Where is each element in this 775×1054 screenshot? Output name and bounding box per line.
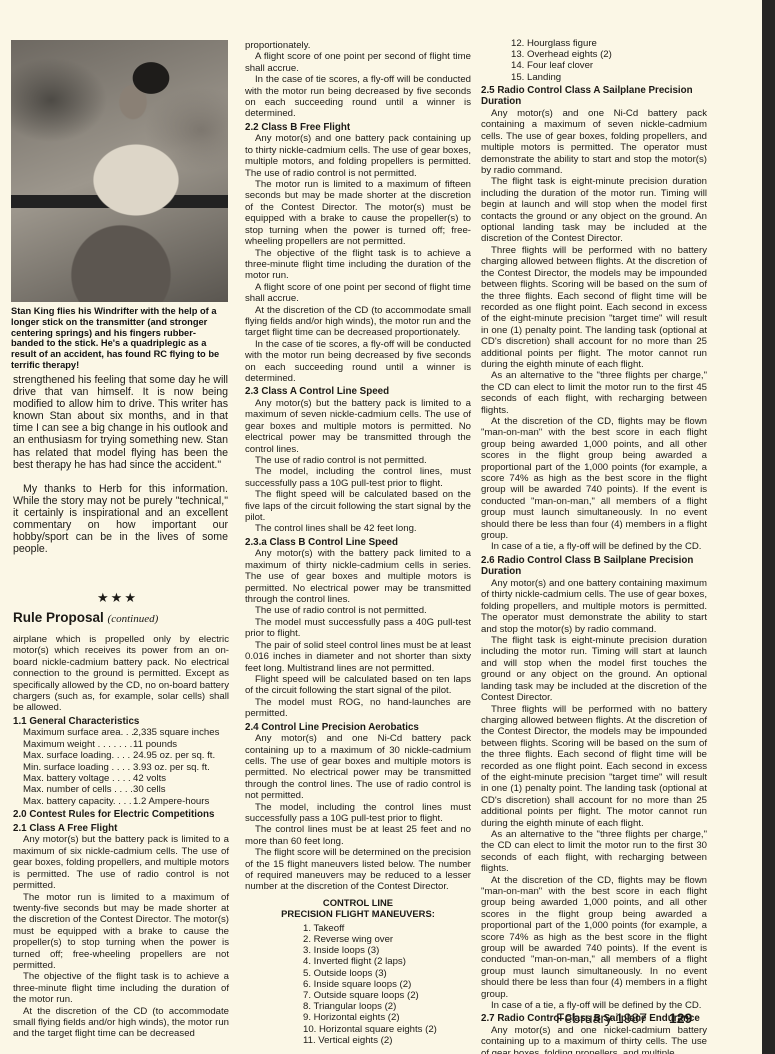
spec-row: Min. surface loading . . . . . 3.93 oz. … — [13, 762, 229, 773]
rule-paragraph: A flight score of one point per second o… — [245, 282, 471, 305]
rule-paragraph: As an alternative to the "three flights … — [481, 370, 707, 416]
rule-paragraph: In the case of tie scores, a fly-off wil… — [245, 339, 471, 385]
rule-paragraph: The motor run is limited to a maximum of… — [13, 892, 229, 972]
maneuvers-list: 1. Takeoff 2. Reverse wing over 3. Insid… — [245, 923, 471, 1046]
spec-row: Max. number of cells . . . . 30 cells — [13, 784, 229, 795]
intro-paragraph: airplane which is propelled only by elec… — [13, 634, 229, 714]
rule-paragraph: A flight score of one point per second o… — [245, 51, 471, 74]
rule-paragraph: The model must ROG, no hand-launches are… — [245, 697, 471, 720]
spec-row: Maximum weight . . . . . . . . 11 pounds — [13, 739, 229, 750]
maneuver-item: 13. Overhead eights (2) — [481, 49, 707, 60]
title-text: Rule Proposal — [13, 610, 104, 625]
rule-paragraph: The use of radio control is not permitte… — [245, 605, 471, 616]
spec-row: Max. battery voltage . . . . . 42 volts — [13, 773, 229, 784]
rule-paragraph: In the case of tie scores, a fly-off wil… — [245, 74, 471, 120]
story-paragraph: strengthened his feeling that some day h… — [13, 374, 228, 471]
maneuvers-list-continued: 12. Hourglass figure 13. Overhead eights… — [481, 38, 707, 83]
rule-paragraph: The control lines must be at least 25 fe… — [245, 824, 471, 847]
page-footer: February 1987 129 — [556, 1010, 692, 1026]
rule-paragraph: Any motor(s) and one Ni-Cd battery pack … — [245, 733, 471, 801]
heading-2-3: 2.3 Class A Control Line Speed — [245, 386, 471, 398]
rules-column-1: airplane which is propelled only by elec… — [13, 634, 229, 1040]
rule-paragraph: The objective of the flight task is to a… — [13, 971, 229, 1005]
rule-paragraph: Any motor(s) and one battery pack contai… — [245, 133, 471, 179]
rule-paragraph: Any motor(s) and one Ni-Cd battery pack … — [481, 108, 707, 176]
maneuver-item: 10. Horizontal square eights (2) — [245, 1024, 471, 1035]
page-number: 129 — [669, 1010, 692, 1026]
rule-paragraph: The flight score will be determined on t… — [245, 847, 471, 893]
rule-paragraph: At the discretion of the CD (to accommod… — [13, 1006, 229, 1040]
maneuver-item: 7. Outside square loops (2) — [245, 990, 471, 1001]
rules-column-2: proportionately. A flight score of one p… — [245, 40, 471, 1046]
story-paragraph: My thanks to Herb for this information. … — [13, 483, 228, 556]
heading-2-2: 2.2 Class B Free Flight — [245, 122, 471, 134]
maneuver-item: 3. Inside loops (3) — [245, 945, 471, 956]
rule-paragraph: The objective of the flight task is to a… — [245, 248, 471, 282]
heading-2-5: 2.5 Radio Control Class A Sailplane Prec… — [481, 85, 707, 108]
maneuver-item: 2. Reverse wing over — [245, 934, 471, 945]
rule-paragraph: Three flights will be performed with no … — [481, 245, 707, 370]
spec-row: Max. battery capacity. . . . 1.2 Ampere-… — [13, 796, 229, 807]
heading-2-4: 2.4 Control Line Precision Aerobatics — [245, 722, 471, 734]
spec-row: Max. surface loading. . . . . 24.95 oz. … — [13, 750, 229, 761]
rule-paragraph: The flight task is eight-minute precisio… — [481, 176, 707, 244]
rule-paragraph: The pair of solid steel control lines mu… — [245, 640, 471, 674]
rule-paragraph: Flight speed will be calculated based on… — [245, 674, 471, 697]
heading-2-3a: 2.3.a Class B Control Line Speed — [245, 537, 471, 549]
rule-paragraph: The use of radio control is not permitte… — [245, 455, 471, 466]
rule-paragraph: The model must successfully pass a 40G p… — [245, 617, 471, 640]
rule-paragraph: Any motor(s) and one nickel-cadmium batt… — [481, 1025, 707, 1054]
rule-paragraph: Any motor(s) and one battery containing … — [481, 578, 707, 635]
maneuver-item: 11. Vertical eights (2) — [245, 1035, 471, 1046]
section-separator: ★★★ — [0, 590, 235, 606]
rule-paragraph: Any motor(s) but the battery pack is lim… — [13, 834, 229, 891]
rule-paragraph: Any motor(s) with the battery pack limit… — [245, 548, 471, 605]
rules-column-3: 12. Hourglass figure 13. Overhead eights… — [481, 38, 707, 1054]
maneuver-item: 14. Four leaf clover — [481, 60, 707, 71]
rule-paragraph: The control lines shall be 42 feet long. — [245, 523, 471, 534]
photo-stan-king — [11, 40, 228, 302]
rule-paragraph: The flight task is eight-minute precisio… — [481, 635, 707, 703]
issue-date: February 1987 — [556, 1010, 647, 1026]
heading-2-0: 2.0 Contest Rules for Electric Competiti… — [13, 809, 229, 821]
heading-1-1: 1.1 General Characteristics — [13, 716, 229, 728]
rule-paragraph: In case of a tie, a fly-off will be defi… — [481, 541, 707, 552]
heading-2-1: 2.1 Class A Free Flight — [13, 823, 229, 835]
maneuver-item: 12. Hourglass figure — [481, 38, 707, 49]
rule-paragraph: The motor run is limited to a maximum of… — [245, 179, 471, 247]
maneuver-item: 5. Outside loops (3) — [245, 968, 471, 979]
story-column: strengthened his feeling that some day h… — [13, 374, 228, 555]
maneuvers-title: CONTROL LINE — [245, 897, 471, 908]
continued-label: (continued) — [108, 613, 159, 625]
rule-paragraph: proportionately. — [245, 40, 471, 51]
rule-paragraph: Three flights will be performed with no … — [481, 704, 707, 829]
rule-paragraph: At the discretion of the CD (to accommod… — [245, 305, 471, 339]
rule-paragraph: At the discretion of the CD, flights may… — [481, 875, 707, 1000]
photo-caption: Stan King flies his Windrifter with the … — [11, 306, 228, 371]
section-title: Rule Proposal (continued) — [13, 610, 158, 625]
rule-paragraph: The model, including the control lines m… — [245, 802, 471, 825]
rule-paragraph: As an alternative to the "three flights … — [481, 829, 707, 875]
maneuver-item: 6. Inside square loops (2) — [245, 979, 471, 990]
spec-row: Maximum surface area. . . 2,335 square i… — [13, 727, 229, 738]
maneuvers-subtitle: PRECISION FLIGHT MANEUVERS: — [245, 908, 471, 919]
rule-paragraph: Any motor(s) but the battery pack is lim… — [245, 398, 471, 455]
heading-2-6: 2.6 Radio Control Class B Sailplane Prec… — [481, 555, 707, 578]
rule-paragraph: At the discretion of the CD, flights may… — [481, 416, 707, 541]
maneuver-item: 8. Triangular loops (2) — [245, 1001, 471, 1012]
rule-paragraph: The model, including the control lines, … — [245, 466, 471, 489]
rule-paragraph: The flight speed will be calculated base… — [245, 489, 471, 523]
maneuver-item: 15. Landing — [481, 72, 707, 83]
maneuver-item: 1. Takeoff — [245, 923, 471, 934]
page-edge-shadow — [762, 0, 775, 1054]
maneuver-item: 4. Inverted flight (2 laps) — [245, 956, 471, 967]
maneuver-item: 9. Horizontal eights (2) — [245, 1012, 471, 1023]
